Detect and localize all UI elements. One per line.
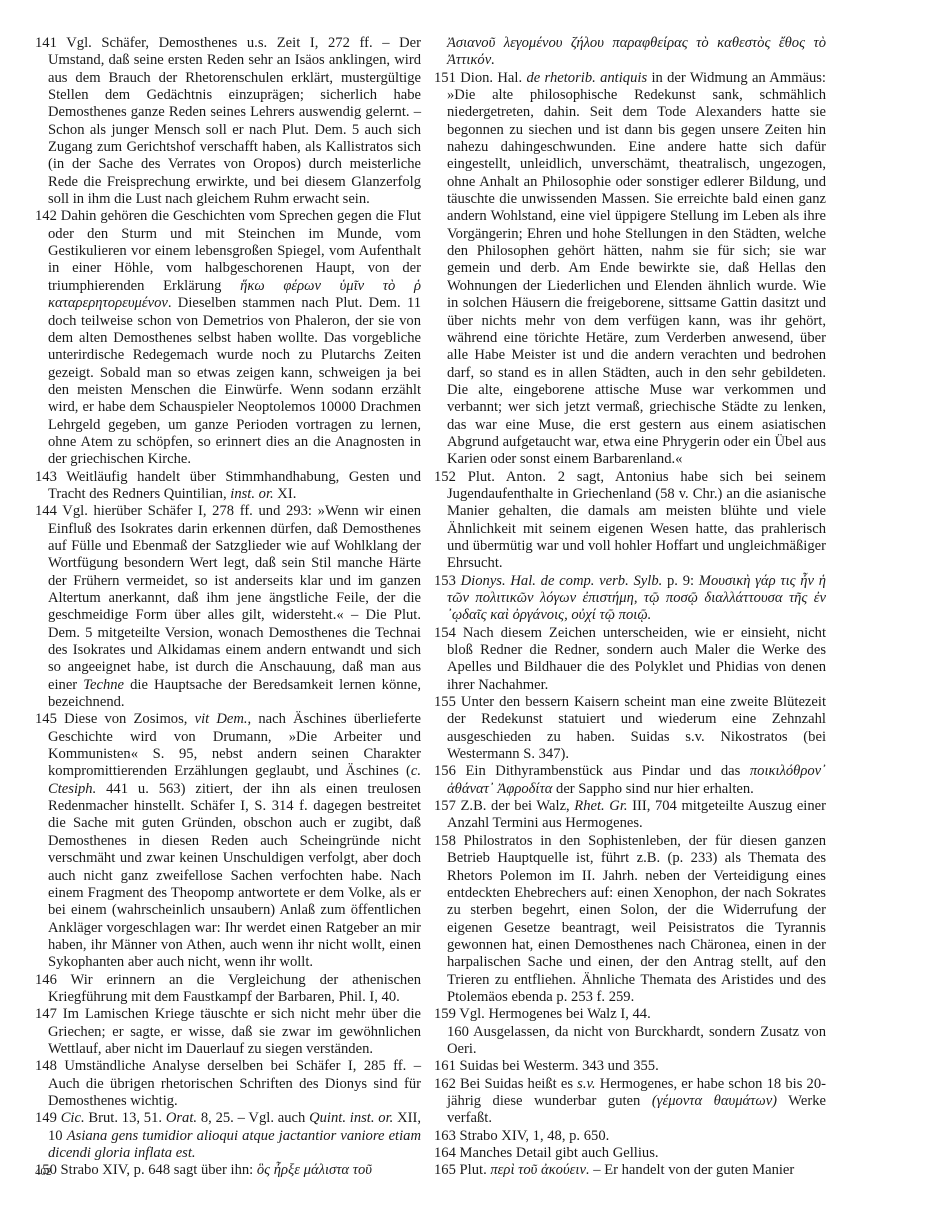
- footnote-161: 161 Suidas bei Westerm. 343 und 355.: [434, 1058, 826, 1075]
- footnote-number: 165: [434, 1162, 456, 1178]
- left-column: 141 Vgl. Schäfer, Demosthenes u.s. Zeit …: [35, 35, 421, 1180]
- note-text: Strabo XIV, p. 648 sagt über ihn:: [61, 1162, 257, 1178]
- footnote-number: 160: [447, 1024, 469, 1040]
- footnote-164: 164 Manches Detail gibt auch Gellius.: [434, 1145, 826, 1162]
- note-text: Vgl. hierüber Schäfer I, 278 ff. und 293…: [48, 503, 421, 692]
- italic-text: inst. or.: [230, 486, 273, 502]
- italic-text: ὃς ἦρξε μάλιστα τοῦ: [257, 1162, 372, 1178]
- note-text: Vgl. Hermogenes bei Walz I, 44.: [459, 1006, 650, 1022]
- footnote-162: 162 Bei Suidas heißt es s.v. Hermogenes,…: [434, 1076, 826, 1128]
- footnote-141: 141 Vgl. Schäfer, Demosthenes u.s. Zeit …: [35, 35, 421, 208]
- footnote-number: 157: [434, 798, 456, 814]
- note-text: Wir erinnern an die Vergleichung der ath…: [48, 972, 421, 1005]
- note-text: 8, 25. – Vgl. auch: [197, 1110, 309, 1126]
- footnote-142: 142 Dahin gehören die Geschichten vom Sp…: [35, 208, 421, 468]
- note-text: Umständliche Analyse derselben bei Schäf…: [48, 1058, 421, 1109]
- footnote-number: 145: [35, 711, 57, 727]
- italic-text: (γέμοντα θαυμάτων): [652, 1093, 777, 1109]
- footnote-149: 149 Cic. Brut. 13, 51. Orat. 8, 25. – Vg…: [35, 1110, 421, 1162]
- footnote-number: 151: [434, 70, 456, 86]
- italic-text: Quint. inst. or.: [309, 1110, 393, 1126]
- italic-text: Ἀσιανοῦ λεγομένου ζήλου παραφθείρας τὸ κ…: [447, 35, 826, 68]
- footnote-160: 160 Ausgelassen, da nicht von Burckhardt…: [434, 1024, 826, 1059]
- footnote-number: 144: [35, 503, 57, 519]
- italic-text: Rhet. Gr.: [574, 798, 627, 814]
- note-text: Brut. 13, 51.: [85, 1110, 166, 1126]
- italic-text: Techne: [83, 677, 124, 693]
- note-text: . Dieselben stammen nach Plut. Dem. 11 d…: [48, 295, 421, 467]
- footnote-number: 161: [434, 1058, 456, 1074]
- note-text: Manches Detail gibt auch Gellius.: [460, 1145, 659, 1161]
- footnote-154: 154 Nach diesem Zeichen unterscheiden, w…: [434, 625, 826, 694]
- note-text: Im Lamischen Kriege täuschte er sich nic…: [48, 1006, 421, 1057]
- footnote-155: 155 Unter den bessern Kaisern scheint ma…: [434, 694, 826, 763]
- footnote-number: 154: [434, 625, 456, 641]
- footnote-152: 152 Plut. Anton. 2 sagt, Antonius habe s…: [434, 469, 826, 573]
- note-text: 441 u. 563) zitiert, der ihn als einen t…: [48, 781, 421, 970]
- footnote-144: 144 Vgl. hierüber Schäfer I, 278 ff. und…: [35, 503, 421, 711]
- footnote-number: 158: [434, 833, 456, 849]
- note-text: Plut.: [460, 1162, 491, 1178]
- footnote-number: 143: [35, 469, 57, 485]
- footnote-number: 162: [434, 1076, 456, 1092]
- note-text: Nach diesem Zeichen unterscheiden, wie e…: [447, 625, 826, 693]
- italic-text: Asiana gens tumidior alioqui atque jacta…: [48, 1128, 421, 1161]
- right-column: Ἀσιανοῦ λεγομένου ζήλου παραφθείρας τὸ κ…: [434, 35, 826, 1180]
- footnote-153: 153 Dionys. Hal. de comp. verb. Sylb. p.…: [434, 573, 826, 625]
- footnote-146: 146 Wir erinnern an die Vergleichung der…: [35, 972, 421, 1007]
- footnote-156: 156 Ein Dithyrambenstück aus Pindar und …: [434, 763, 826, 798]
- footnote-number: 155: [434, 694, 456, 710]
- footnote-number: 163: [434, 1128, 456, 1144]
- italic-text: vit Dem.: [195, 711, 248, 727]
- note-text: Z.B. der bei Walz,: [461, 798, 575, 814]
- note-text: – Er handelt von der guten Manier: [590, 1162, 795, 1178]
- note-text: Vgl. Schäfer, Demosthenes u.s. Zeit I, 2…: [48, 35, 421, 207]
- footnote-number: 142: [35, 208, 57, 224]
- note-text: Suidas bei Westerm. 343 und 355.: [460, 1058, 659, 1074]
- book-page: 141 Vgl. Schäfer, Demosthenes u.s. Zeit …: [0, 0, 935, 1210]
- footnote-number: 164: [434, 1145, 456, 1161]
- italic-text: Cic.: [61, 1110, 85, 1126]
- note-text: p. 9:: [662, 573, 699, 589]
- page-number: 402: [35, 1166, 52, 1178]
- italic-text: περὶ τοῦ ἀκούειν.: [490, 1162, 589, 1178]
- footnote-150: 150 Strabo XIV, p. 648 sagt über ihn: ὃς…: [35, 1162, 421, 1179]
- footnote-continuation: Ἀσιανοῦ λεγομένου ζήλου παραφθείρας τὸ κ…: [434, 35, 826, 70]
- footnote-148: 148 Umständliche Analyse derselben bei S…: [35, 1058, 421, 1110]
- footnote-151: 151 Dion. Hal. de rhetorib. antiquis in …: [434, 70, 826, 469]
- footnote-165: 165 Plut. περὶ τοῦ ἀκούειν. – Er handelt…: [434, 1162, 826, 1179]
- footnote-145: 145 Diese von Zosimos, vit Dem., nach Äs…: [35, 711, 421, 971]
- footnote-157: 157 Z.B. der bei Walz, Rhet. Gr. III, 70…: [434, 798, 826, 833]
- note-text: Ein Dithyrambenstück aus Pindar und das: [465, 763, 749, 779]
- footnote-158: 158 Philostratos in den Sophistenleben, …: [434, 833, 826, 1006]
- footnote-147: 147 Im Lamischen Kriege täuschte er sich…: [35, 1006, 421, 1058]
- footnote-143: 143 Weitläufig handelt über Stimmhandhab…: [35, 469, 421, 504]
- italic-text: Orat.: [166, 1110, 197, 1126]
- footnote-163: 163 Strabo XIV, 1, 48, p. 650.: [434, 1128, 826, 1145]
- italic-text: Dionys. Hal. de comp. verb. Sylb.: [461, 573, 663, 589]
- footnote-number: 146: [35, 972, 57, 988]
- note-text: Plut. Anton. 2 sagt, Antonius habe sich …: [447, 469, 826, 572]
- footnote-number: 147: [35, 1006, 57, 1022]
- footnote-number: 159: [434, 1006, 456, 1022]
- note-text: Unter den bessern Kaisern scheint man ei…: [447, 694, 826, 762]
- note-text: Dion. Hal.: [460, 70, 526, 86]
- footnote-number: 141: [35, 35, 57, 51]
- note-text: Diese von Zosimos,: [64, 711, 195, 727]
- note-text: Ausgelassen, da nicht von Burckhardt, so…: [447, 1024, 826, 1057]
- italic-text: de rhetorib. antiquis: [526, 70, 647, 86]
- note-text: Strabo XIV, 1, 48, p. 650.: [460, 1128, 610, 1144]
- footnote-159: 159 Vgl. Hermogenes bei Walz I, 44.: [434, 1006, 826, 1023]
- footnote-number: 149: [35, 1110, 57, 1126]
- italic-text: s.v.: [577, 1076, 595, 1092]
- note-text: der Sappho sind nur hier erhalten.: [552, 781, 753, 797]
- note-text: in der Widmung an Ammäus: »Die alte phil…: [447, 70, 826, 468]
- footnote-number: 148: [35, 1058, 57, 1074]
- note-text: XI.: [274, 486, 297, 502]
- note-text: Philostratos in den Sophistenleben, der …: [447, 833, 826, 1005]
- footnote-number: 153: [434, 573, 456, 589]
- note-text: Bei Suidas heißt es: [460, 1076, 577, 1092]
- footnote-number: 156: [434, 763, 456, 779]
- footnote-number: 152: [434, 469, 456, 485]
